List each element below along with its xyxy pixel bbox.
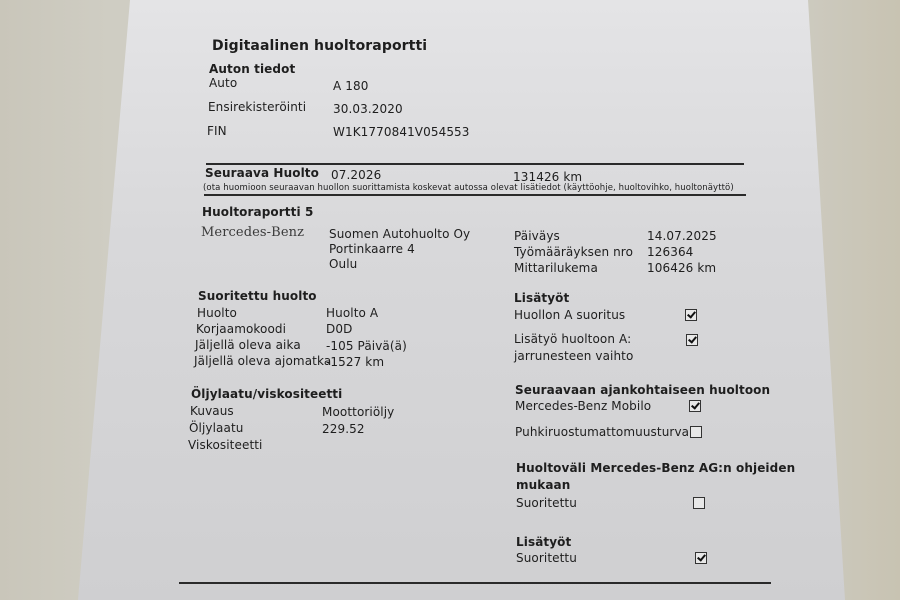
divider bbox=[206, 163, 744, 165]
work-order-label: Työmääräyksen nro bbox=[514, 245, 633, 259]
extra-work2-item-label: Suoritettu bbox=[516, 551, 577, 565]
workshop-street: Portinkaarre 4 bbox=[329, 242, 415, 256]
interval-heading-line2: mukaan bbox=[516, 478, 570, 492]
date-label: Päiväys bbox=[514, 229, 560, 243]
extra-work-item-label-line2: jarrunesteen vaihto bbox=[514, 349, 633, 363]
checkbox-unchecked bbox=[690, 426, 702, 438]
workshop-code-label: Korjaamokoodi bbox=[196, 322, 286, 336]
extra-work-heading: Lisätyöt bbox=[514, 291, 569, 305]
checkbox-checked bbox=[686, 334, 698, 346]
interval-heading: Huoltoväli Mercedes-Benz AG:n ohjeiden bbox=[516, 461, 795, 475]
fin-label: FIN bbox=[207, 124, 227, 138]
workshop-name: Suomen Autohuolto Oy bbox=[329, 227, 470, 241]
workshop-code-value: D0D bbox=[326, 322, 352, 336]
next-current-item-label: Puhkiruostumattomuusturva bbox=[515, 425, 689, 439]
first-registration-value: 30.03.2020 bbox=[333, 102, 403, 116]
remaining-distance-label: Jäljellä oleva ajomatka bbox=[194, 354, 331, 368]
odometer-label: Mittarilukema bbox=[514, 261, 598, 275]
next-current-heading: Seuraavaan ajankohtaiseen huoltoon bbox=[515, 383, 770, 397]
divider bbox=[204, 194, 746, 196]
next-service-note: (ota huomioon seuraavan huollon suoritta… bbox=[203, 183, 734, 193]
paper-document bbox=[0, 0, 900, 600]
next-service-date: 07.2026 bbox=[331, 168, 381, 182]
checkbox-checked bbox=[685, 309, 697, 321]
workshop-city: Oulu bbox=[329, 257, 357, 271]
report-heading: Huoltoraportti 5 bbox=[202, 205, 313, 219]
oil-quality-value: 229.52 bbox=[322, 422, 365, 436]
remaining-distance-value: -1527 km bbox=[326, 355, 384, 369]
next-service-mileage: 131426 km bbox=[513, 170, 582, 184]
oil-quality-label: Öljylaatu bbox=[189, 421, 243, 435]
service-value: Huolto A bbox=[326, 306, 378, 320]
viscosity-label: Viskositeetti bbox=[188, 438, 263, 452]
extra-work2-heading: Lisätyöt bbox=[516, 535, 571, 549]
car-label: Auto bbox=[209, 76, 237, 90]
work-order-value: 126364 bbox=[647, 245, 693, 259]
extra-work-item-label: Huollon A suoritus bbox=[514, 308, 625, 322]
car-value: A 180 bbox=[333, 79, 368, 93]
odometer-value: 106426 km bbox=[647, 261, 716, 275]
oil-heading: Öljylaatu/viskositeetti bbox=[191, 387, 342, 401]
checkbox-checked bbox=[695, 552, 707, 564]
document-title: Digitaalinen huoltoraportti bbox=[212, 38, 427, 54]
extra-work-item-label: Lisätyö huoltoon A: bbox=[514, 332, 631, 346]
interval-item-label: Suoritettu bbox=[516, 496, 577, 510]
checkbox-checked bbox=[689, 400, 701, 412]
remaining-time-label: Jäljellä oleva aika bbox=[195, 338, 301, 352]
date-value: 14.07.2025 bbox=[647, 229, 717, 243]
car-info-heading: Auton tiedot bbox=[209, 62, 295, 76]
performed-service-heading: Suoritettu huolto bbox=[198, 289, 317, 303]
next-service-label: Seuraava Huolto bbox=[205, 166, 319, 180]
brand-logo-text: Mercedes-Benz bbox=[201, 225, 304, 240]
first-registration-label: Ensirekisteröinti bbox=[208, 100, 306, 114]
oil-description-value: Moottoriöljy bbox=[322, 405, 394, 419]
service-label: Huolto bbox=[197, 306, 237, 320]
remaining-time-value: -105 Päivä(ä) bbox=[326, 339, 407, 353]
divider bbox=[179, 582, 771, 584]
fin-value: W1K1770841V054553 bbox=[333, 125, 470, 139]
checkbox-unchecked bbox=[693, 497, 705, 509]
oil-description-label: Kuvaus bbox=[190, 404, 234, 418]
next-current-item-label: Mercedes-Benz Mobilo bbox=[515, 399, 651, 413]
